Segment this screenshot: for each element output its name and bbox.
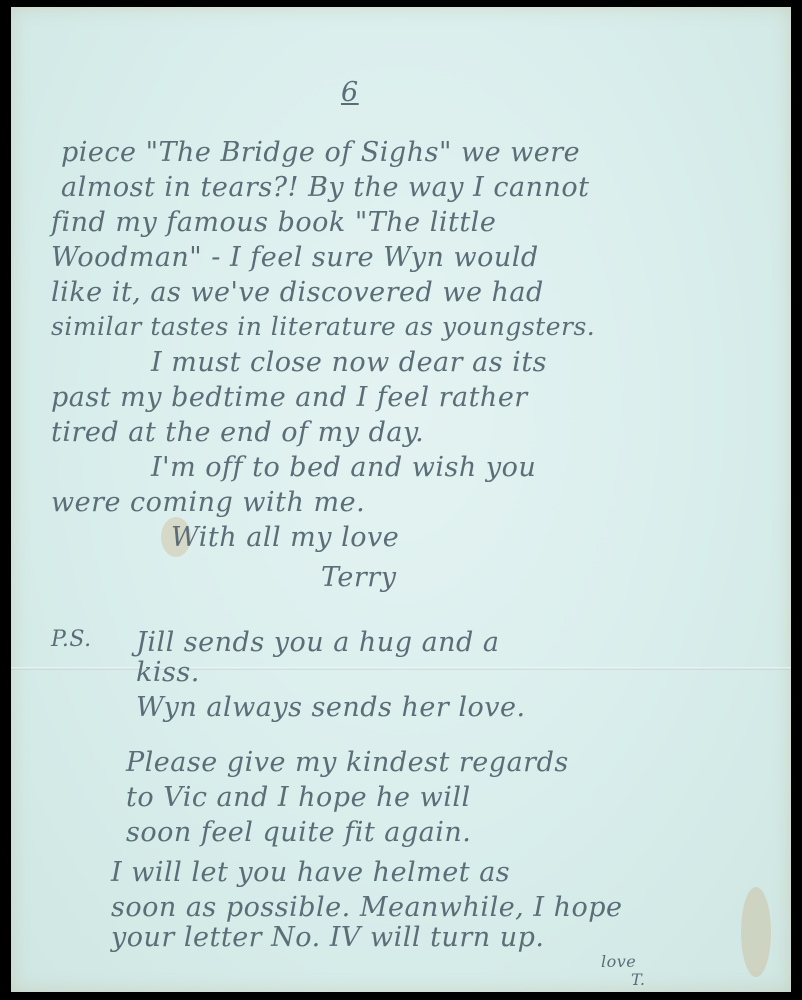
closing: With all my love: [171, 522, 399, 553]
letter-line: were coming with me.: [51, 487, 365, 518]
letter-line: like it, as we've discovered we had: [51, 277, 544, 308]
stain: [741, 887, 771, 977]
ps-line: kiss.: [136, 657, 200, 688]
sign-off-initial: T.: [631, 970, 645, 989]
letter-page: 6 piece "The Bridge of Sighs" we were al…: [11, 7, 791, 992]
signature: Terry: [321, 562, 396, 593]
letter-line: I must close now dear as its: [151, 347, 547, 378]
ps-line: Please give my kindest regards: [126, 747, 569, 778]
letter-line: I'm off to bed and wish you: [151, 452, 536, 483]
ps-line: Jill sends you a hug and a: [136, 627, 500, 658]
ps-line: soon as possible. Meanwhile, I hope: [111, 892, 623, 923]
ps-line: to Vic and I hope he will: [126, 782, 471, 813]
letter-line: find my famous book "The little: [51, 207, 496, 238]
ps-line: Wyn always sends her love.: [136, 692, 526, 723]
paper-fold: [11, 667, 791, 670]
letter-line: tired at the end of my day.: [51, 417, 424, 448]
ps-line: I will let you have helmet as: [111, 857, 510, 888]
sign-off-love: love: [601, 952, 636, 971]
page-number: 6: [341, 77, 359, 108]
ps-label: P.S.: [51, 627, 92, 652]
ps-line: soon feel quite fit again.: [126, 817, 471, 848]
ps-line: your letter No. IV will turn up.: [111, 922, 544, 953]
letter-line: piece "The Bridge of Sighs" we were: [61, 137, 580, 168]
letter-line: past my bedtime and I feel rather: [51, 382, 528, 413]
letter-line: Woodman" - I feel sure Wyn would: [51, 242, 539, 273]
letter-line: almost in tears?! By the way I cannot: [61, 172, 589, 203]
letter-line: similar tastes in literature as youngste…: [51, 312, 595, 341]
